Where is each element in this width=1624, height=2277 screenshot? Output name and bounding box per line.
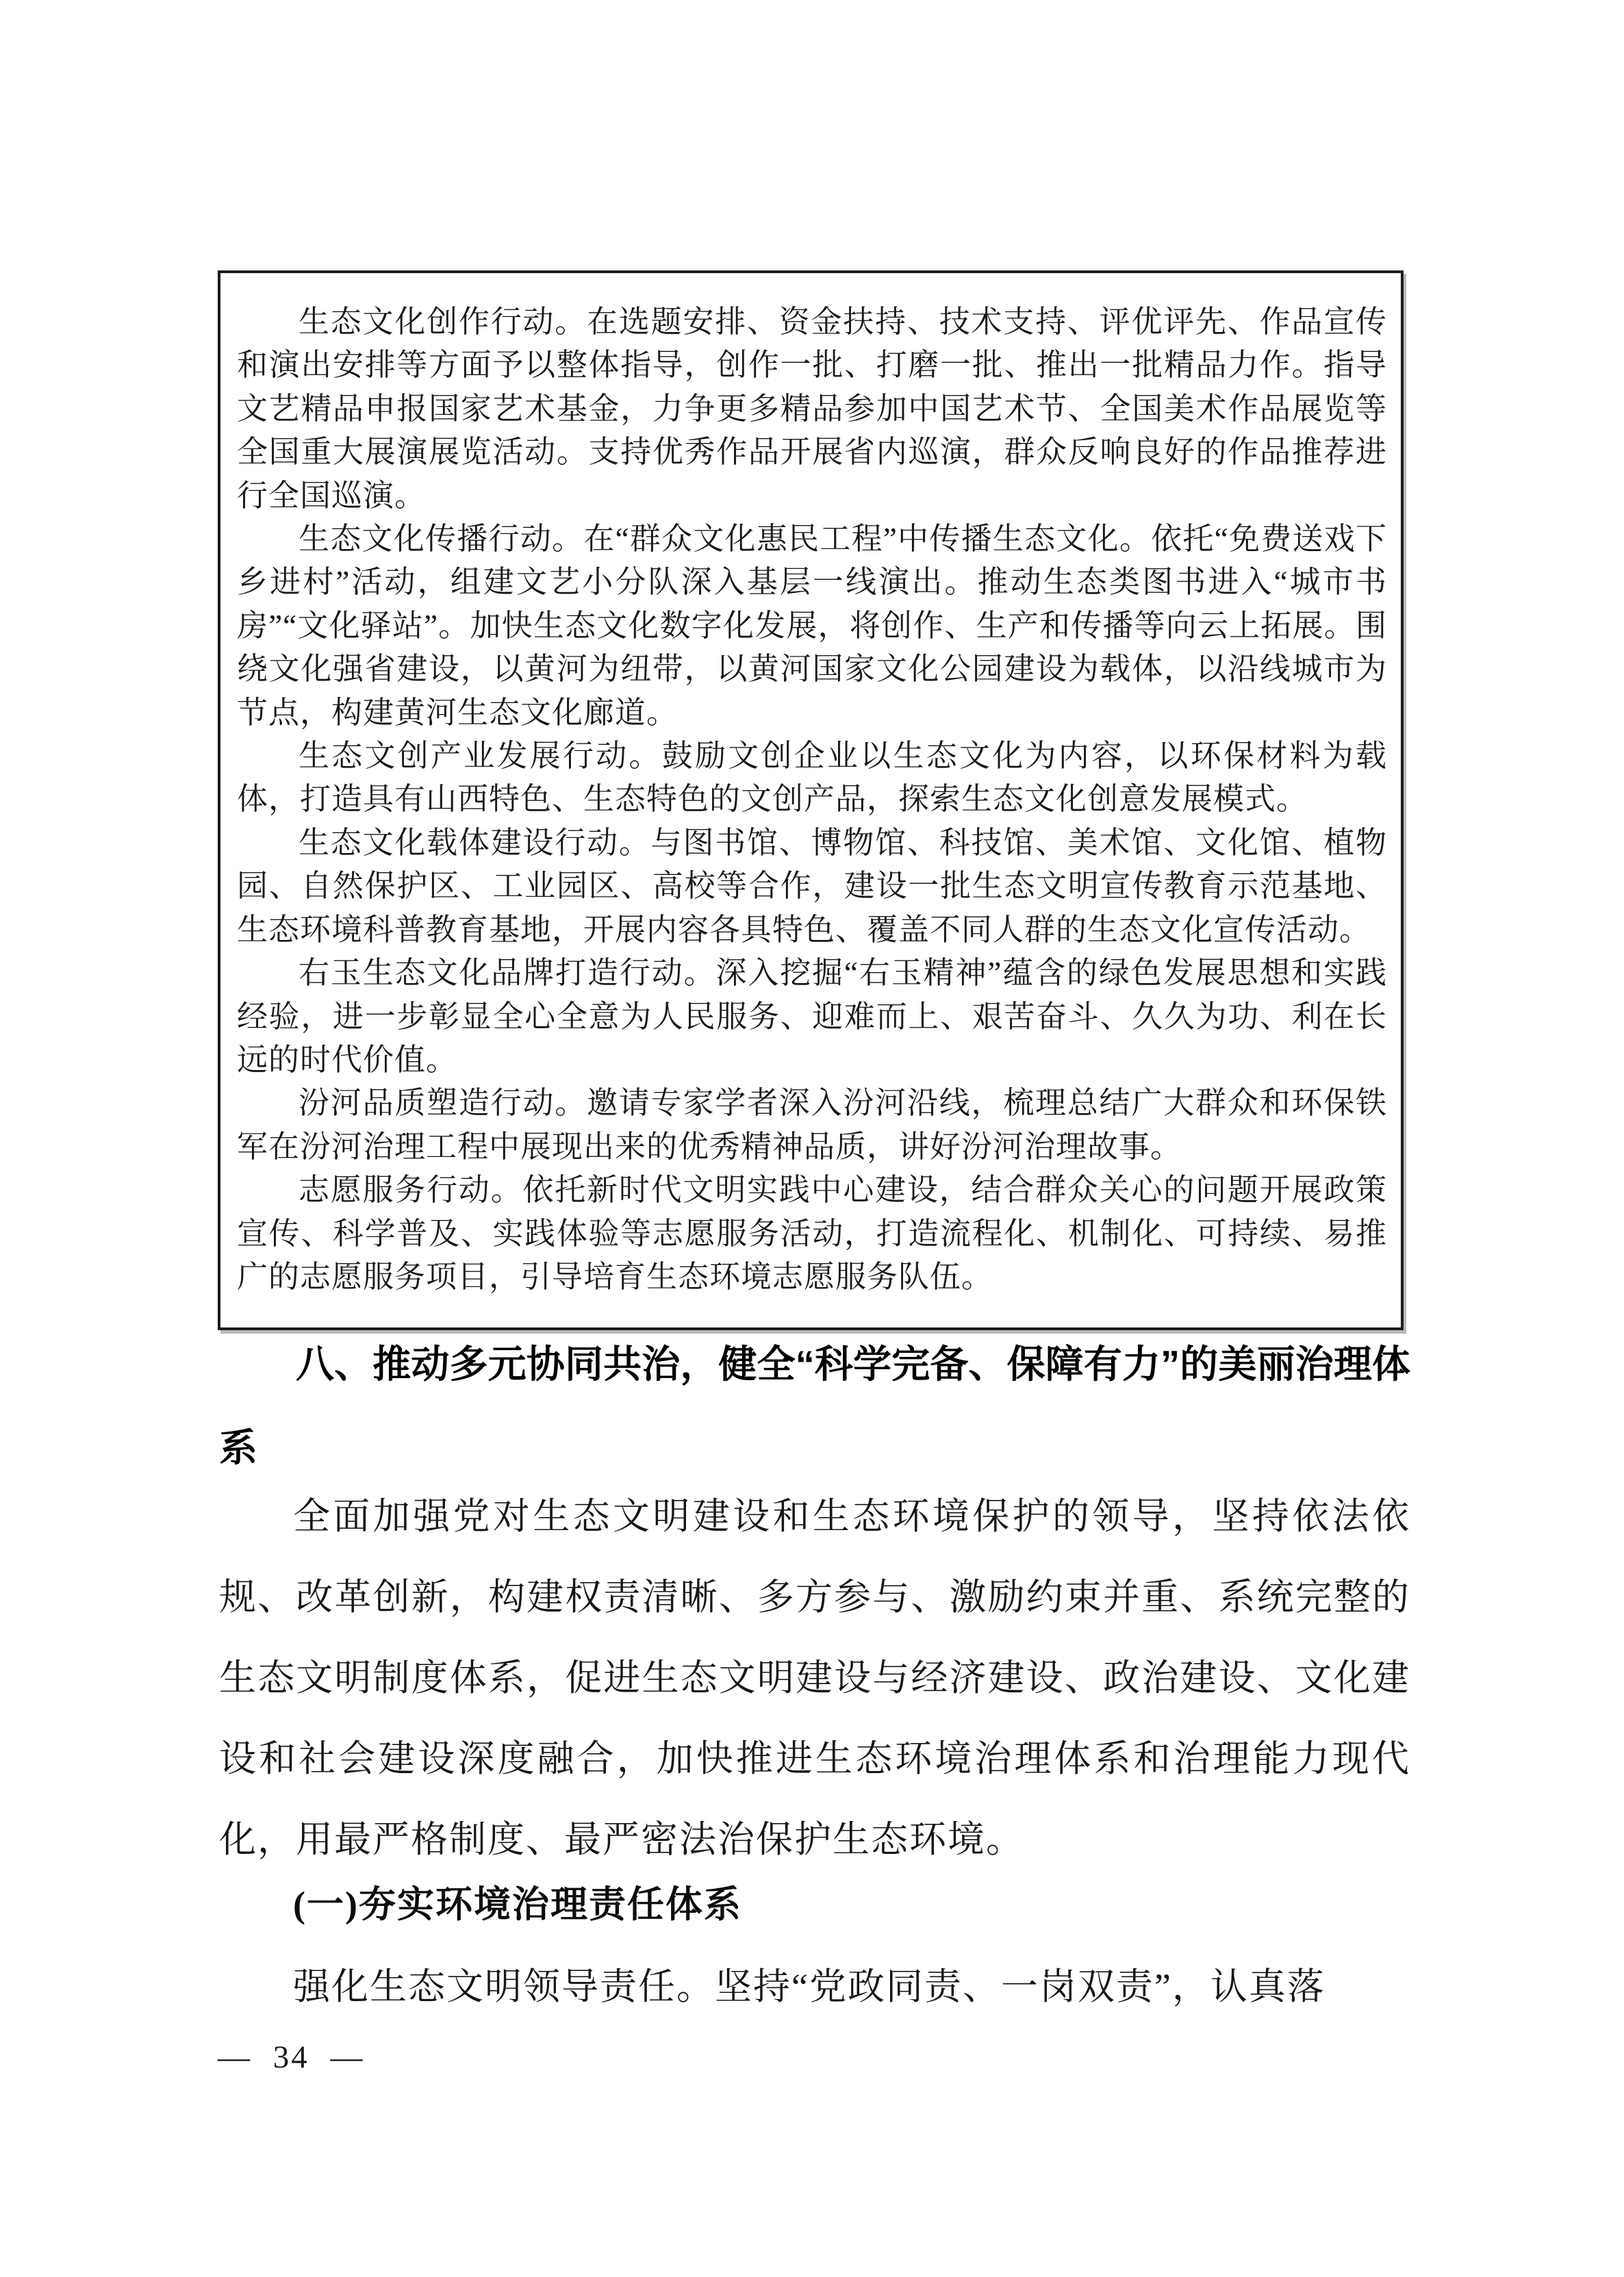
- box-paragraph-culture-spread: 生态文化传播行动。在“群众文化惠民工程”中传播生态文化。依托“免费送戏下乡进村”…: [237, 518, 1387, 735]
- page-number: — 34 —: [218, 2039, 365, 2076]
- document-page: 生态文化创作行动。在选题安排、资金扶持、技术支持、评优评先、作品宣传和演出安排等…: [0, 0, 1624, 2277]
- sub-heading: (一)夯实环境治理责任体系: [219, 1864, 1410, 1945]
- action-items-box: 生态文化创作行动。在选题安排、资金扶持、技术支持、评优评先、作品宣传和演出安排等…: [218, 270, 1404, 1330]
- box-paragraph-creative-industry: 生态文创产业发展行动。鼓励文创企业以生态文化为内容，以环保材料为载体，打造具有山…: [237, 735, 1387, 822]
- body-paragraph: 强化生态文明领导责任。坚持“党政同责、一岗双责”，认真落: [219, 1946, 1410, 2027]
- box-paragraph-fenhe-quality: 汾河品质塑造行动。邀请专家学者深入汾河沿线，梳理总结广大群众和环保铁军在汾河治理…: [237, 1082, 1387, 1169]
- box-paragraph-culture-creation: 生态文化创作行动。在选题安排、资金扶持、技术支持、评优评先、作品宣传和演出安排等…: [237, 301, 1387, 518]
- section-heading: 八、推动多元协同共治，健全“科学完备、保障有力”的美丽治理体系: [219, 1323, 1410, 1490]
- lead-paragraph: 全面加强党对生态文明建设和生态环境保护的领导，坚持依法依规、改革创新，构建权责清…: [219, 1476, 1410, 1880]
- box-paragraph-carrier-construction: 生态文化载体建设行动。与图书馆、博物馆、科技馆、美术馆、文化馆、植物园、自然保护…: [237, 822, 1387, 952]
- box-paragraph-youyu-brand: 右玉生态文化品牌打造行动。深入挖掘“右玉精神”蕴含的绿色发展思想和实践经验，进一…: [237, 952, 1387, 1082]
- box-paragraph-volunteer-service: 志愿服务行动。依托新时代文明实践中心建设，结合群众关心的问题开展政策宣传、科学普…: [237, 1169, 1387, 1299]
